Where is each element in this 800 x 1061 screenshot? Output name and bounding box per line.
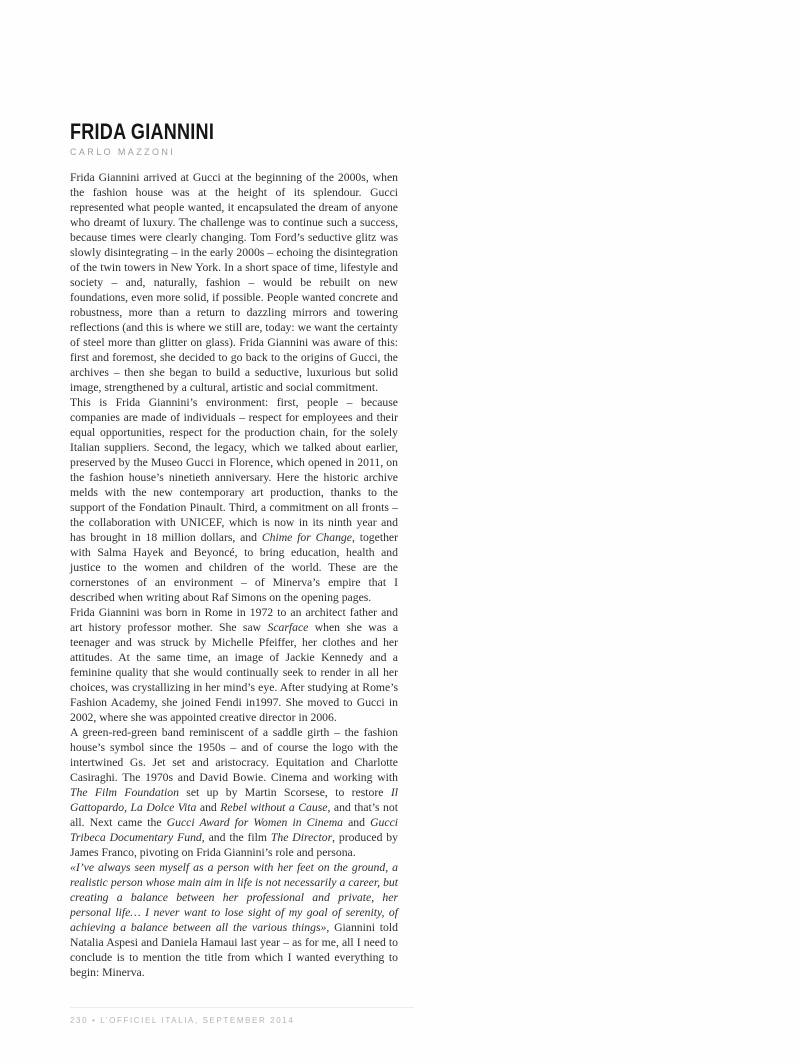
- article-paragraph: A green-red-green band reminiscent of a …: [70, 725, 398, 860]
- italic-text-segment: Gucci Award for Women in Cinema: [167, 816, 343, 829]
- article-paragraph: Frida Giannini was born in Rome in 1972 …: [70, 605, 398, 725]
- article-paragraph: Frida Giannini arrived at Gucci at the b…: [70, 170, 398, 395]
- text-segment: This is Frida Giannini’s environment: fi…: [70, 396, 398, 544]
- italic-text-segment: Rebel without a Cause: [220, 801, 327, 814]
- italic-text-segment: The Director: [271, 831, 332, 844]
- text-segment: and: [343, 816, 370, 829]
- article-paragraph: «I’ve always seen myself as a person wit…: [70, 860, 398, 980]
- text-segment: set up by Martin Scorsese, to restore: [179, 786, 391, 799]
- text-segment: and: [196, 801, 220, 814]
- italic-text-segment: La Dolce Vita: [131, 801, 197, 814]
- text-segment: Frida Giannini arrived at Gucci at the b…: [70, 171, 398, 394]
- article-title: FRIDA GIANNINI: [70, 121, 339, 143]
- italic-text-segment: Chime for Change: [262, 531, 352, 544]
- article-body: Frida Giannini arrived at Gucci at the b…: [70, 170, 398, 980]
- italic-text-segment: Scarface: [267, 621, 308, 634]
- text-segment: A green-red-green band reminiscent of a …: [70, 726, 398, 784]
- page-footer: 230 • L’OFFICIEL ITALIA, SEPTEMBER 2014: [70, 1017, 294, 1025]
- text-segment: when she was a teenager and was struck b…: [70, 621, 398, 724]
- text-segment: , and the film: [202, 831, 271, 844]
- italic-text-segment: The Film Foundation: [70, 786, 179, 799]
- footer-rule: [70, 1007, 414, 1008]
- article-column: FRIDA GIANNINI CARLO MAZZONI Frida Giann…: [70, 121, 398, 980]
- article-paragraph: This is Frida Giannini’s environment: fi…: [70, 395, 398, 605]
- article-byline: CARLO MAZZONI: [70, 148, 398, 157]
